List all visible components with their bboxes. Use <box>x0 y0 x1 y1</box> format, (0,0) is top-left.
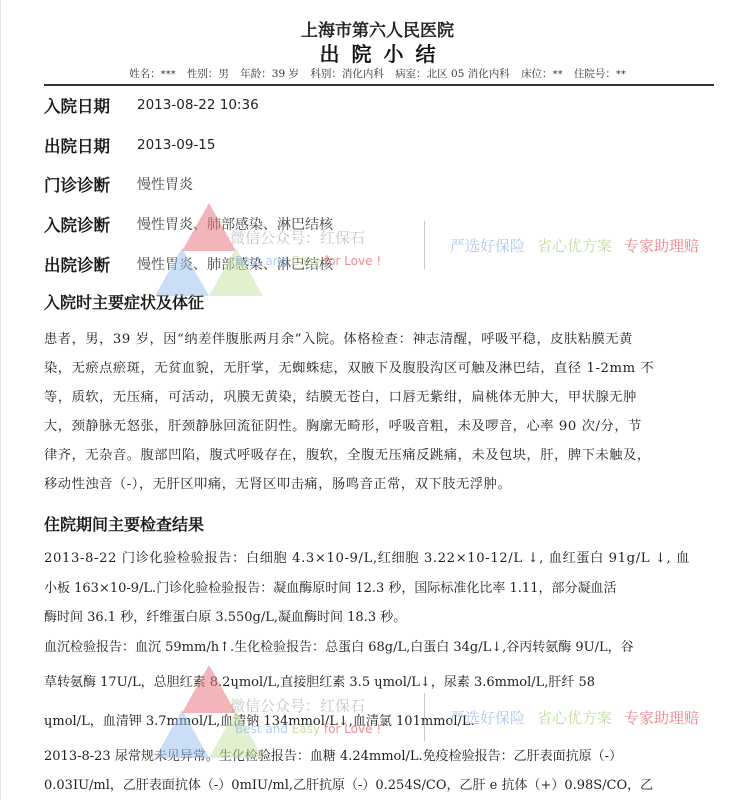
department-value: 消化内科 <box>342 68 384 80</box>
exam-result-line: 血沉检验报告：血沉 59mm/h↑.生化检验报告：总蛋白 68g/L,白蛋白 3… <box>44 636 724 655</box>
ward-label: 病室： <box>395 68 427 80</box>
exam-result-line: 0.03IU/ml，乙肝表面抗体（-）0mIU/ml,乙肝抗原（-）0.254S… <box>44 774 724 793</box>
admission-number-value: ** <box>616 69 626 80</box>
outpatient-diagnosis-row: 门诊诊断 慢性胃炎 <box>44 171 193 197</box>
admission-diagnosis-value: 慢性胃炎、肺部感染、淋巴结核 <box>137 214 333 234</box>
patient-age-label: 年龄： <box>240 68 272 80</box>
exam-results-heading: 住院期间主要检查结果 <box>44 512 204 535</box>
patient-info-bar: 姓名：*** 性别：男 年龄：39 岁 科别：消化内科 病室：北区 05 消化内… <box>0 66 755 81</box>
exam-result-line: 2013-8-23 尿常规未见异常。生化检验报告：血糖 4.24mmol/L.免… <box>44 745 724 764</box>
symptoms-line: 大，颈静脉无怒张，肝颈静脉回流征阴性。胸廓无畸形，呼吸音粗，未及啰音，心率 90… <box>44 415 724 434</box>
slogan-3: 专家助理赔 <box>624 237 699 255</box>
ward-value: 北区 05 消化内科 <box>427 68 510 80</box>
slogan-2: 省心优方案 <box>537 237 612 255</box>
exam-result-line: 酶时间 36.1 秒，纤维蛋白原 3.550g/L,凝血酶时间 18.3 秒。 <box>44 606 724 625</box>
patient-age-value: 39 岁 <box>272 68 299 80</box>
header-divider <box>44 84 714 86</box>
page-edge <box>0 0 1 800</box>
symptoms-heading: 入院时主要症状及体征 <box>44 290 204 313</box>
patient-sex-value: 男 <box>218 68 229 80</box>
bed-value: ** <box>553 69 563 80</box>
department-field: 科别：消化内科 <box>310 68 384 80</box>
document-title: 出院小结 <box>0 38 755 67</box>
discharge-date-value: 2013-09-15 <box>137 137 215 153</box>
discharge-summary-page: 上海市第六人民医院 出院小结 姓名：*** 性别：男 年龄：39 岁 科别：消化… <box>0 0 755 800</box>
symptoms-line: 律齐，无杂音。腹部凹陷，腹式呼吸存在，腹软，全腹无压痛反跳痛，未及包块，肝，脾下… <box>44 444 724 463</box>
admission-date-row: 入院日期 2013-08-22 10:36 <box>44 92 259 118</box>
watermark-divider <box>424 221 425 269</box>
discharge-date-row: 出院日期 2013-09-15 <box>44 132 215 158</box>
exam-result-line: ɥmol/L，血清钾 3.7mmol/L,血清钠 134mmol/L↓,血清氯 … <box>44 710 724 729</box>
exam-result-line: 小板 163×10-9/L.门诊化验检验报告：凝血酶原时间 12.3 秒，国际标… <box>44 577 724 596</box>
bed-label: 床位： <box>521 68 553 80</box>
admission-diagnosis-row: 入院诊断 慢性胃炎、肺部感染、淋巴结核 <box>44 211 333 237</box>
slogan-1: 严选好保险 <box>450 237 525 255</box>
discharge-diagnosis-value: 慢性胃炎、肺部感染、淋巴结核 <box>137 254 333 274</box>
ward-field: 病室：北区 05 消化内科 <box>395 68 510 80</box>
exam-result-line: 2013-8-22 门诊化验检验报告：白细胞 4.3×10-9/L,红细胞 3.… <box>44 547 724 566</box>
discharge-diagnosis-label: 出院诊断 <box>44 252 137 276</box>
outpatient-diagnosis-label: 门诊诊断 <box>44 172 137 196</box>
admission-date-label: 入院日期 <box>44 93 137 117</box>
admission-number-label: 住院号： <box>574 68 616 80</box>
patient-sex-label: 性别： <box>187 68 219 80</box>
patient-name-label: 姓名： <box>129 68 161 80</box>
watermark-slogans: 严选好保险省心优方案专家助理赔 <box>450 235 699 256</box>
symptoms-line: 等，质软，无压痛，可活动，巩膜无黄染，结膜无苍白，口唇无紫绀，扁桃体无肿大，甲状… <box>44 386 724 405</box>
exam-result-line: 草转氨酶 17U/L，总胆红素 8.2ɥmol/L,直接胆红素 3.5 ɥmol… <box>44 671 724 690</box>
symptoms-line: 患者，男，39 岁，因“纳差伴腹胀两月余”入院。体格检查：神志清醒，呼吸平稳，皮… <box>44 328 724 347</box>
patient-age-field: 年龄：39 岁 <box>240 68 299 80</box>
patient-sex-field: 性别：男 <box>187 68 229 80</box>
outpatient-diagnosis-value: 慢性胃炎 <box>137 174 193 194</box>
patient-name-value: *** <box>161 69 176 80</box>
admission-diagnosis-label: 入院诊断 <box>44 212 137 236</box>
patient-name-field: 姓名：*** <box>129 68 176 80</box>
bed-field: 床位：** <box>521 68 563 80</box>
discharge-date-label: 出院日期 <box>44 133 137 157</box>
admission-number-field: 住院号：** <box>574 68 626 80</box>
symptoms-line: 移动性浊音（-），无肝区叩痛，无肾区叩击痛，肠鸣音正常，双下肢无浮肿。 <box>44 473 724 492</box>
department-label: 科别： <box>310 68 342 80</box>
symptoms-line: 染，无瘀点瘀斑，无贫血貌，无肝掌，无蜘蛛痣，双腋下及腹股沟区可触及淋巴结，直径 … <box>44 357 724 376</box>
admission-date-value: 2013-08-22 10:36 <box>137 97 259 113</box>
discharge-diagnosis-row: 出院诊断 慢性胃炎、肺部感染、淋巴结核 <box>44 251 333 277</box>
